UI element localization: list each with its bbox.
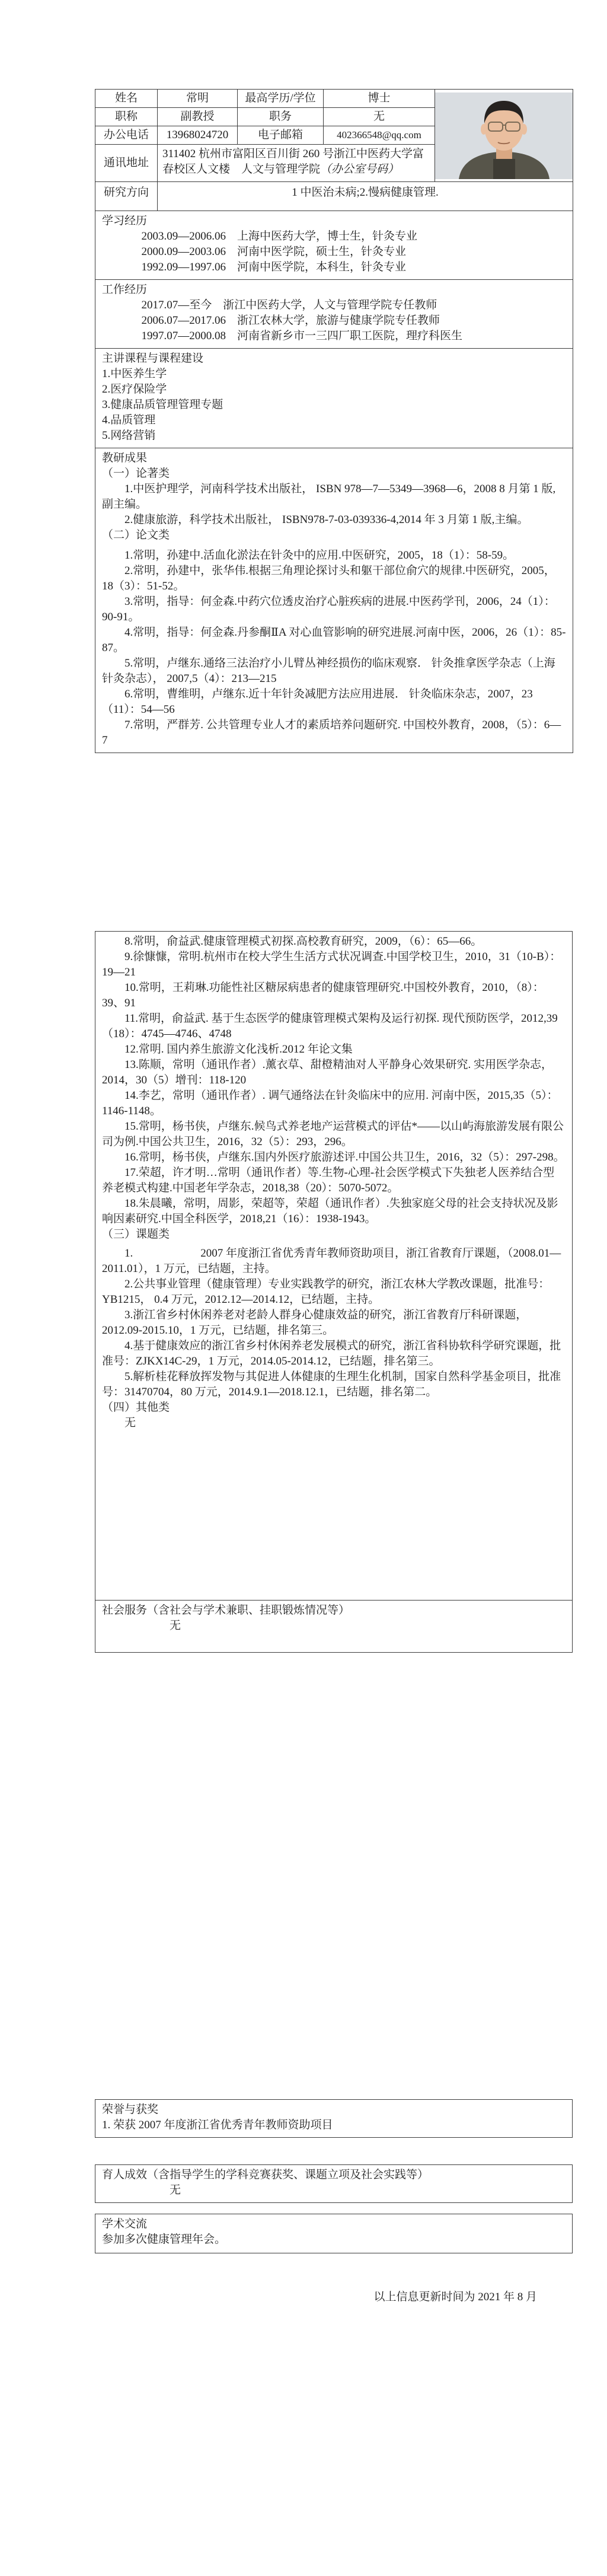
phone-value: 13968024720 bbox=[158, 126, 238, 145]
profile-row-name: 姓名 常明 最高学历/学位 博士 bbox=[95, 90, 573, 108]
position-value: 无 bbox=[324, 108, 435, 126]
section-courses: 主讲课程与课程建设 1.中医养生学 2.医疗保险学 3.健康品质管理管理专题 4… bbox=[95, 349, 573, 448]
photo-cell bbox=[435, 90, 573, 182]
topic-item: 2.公共事业管理（健康管理）专业实践教学的研究，浙江农林大学教改课题，批准号：Y… bbox=[102, 1277, 566, 1308]
education-item: 2003.09—2006.06 上海中医药大学，博士生，针灸专业 bbox=[102, 229, 566, 244]
cv-main-table-page2: 8.常明，俞益武.健康管理模式初探.高校教育研究，2009，（6）：65—66。… bbox=[95, 931, 573, 1653]
cv-main-table-page1: 姓名 常明 最高学历/学位 博士 bbox=[95, 89, 573, 753]
work-item: 2006.07—2017.06 浙江农林大学，旅游与健康学院专任教师 bbox=[102, 313, 566, 329]
honors-title: 荣誉与获奖 bbox=[102, 2102, 566, 2118]
service-content: 社会服务（含社会与学术兼职、挂职锻炼情况等） 无 bbox=[102, 1603, 566, 1648]
address-note: （办公室号码） bbox=[320, 163, 399, 176]
exchange-item: 参加多次健康管理年会。 bbox=[102, 2232, 566, 2247]
section-achievements-row: 教研成果 （一）论著类 1.中医护理学，河南科学技术出版社， ISBN 978—… bbox=[95, 448, 573, 753]
email-label: 电子邮箱 bbox=[238, 126, 324, 145]
section-honors: 荣誉与获奖 1. 荣获 2007 年度浙江省优秀青年教师资助项目 bbox=[95, 2100, 573, 2138]
honors-box: 荣誉与获奖 1. 荣获 2007 年度浙江省优秀青年教师资助项目 bbox=[95, 2099, 573, 2138]
book-item: 1.中医护理学，河南科学技术出版社， ISBN 978—7—5349—3968—… bbox=[102, 482, 566, 512]
topic-item: 4.基于健康效应的浙江省乡村休闲养老发展模式的研究，浙江省科协软科学研究课题，批… bbox=[102, 1338, 566, 1369]
paper-item: 17.荣超，许才明…常明（通讯作者）等.生物-心理-社会医学模式下失独老人医养结… bbox=[102, 1165, 566, 1196]
section-courses-row: 主讲课程与课程建设 1.中医养生学 2.医疗保险学 3.健康品质管理管理专题 4… bbox=[95, 349, 573, 448]
exchange-box: 学术交流 参加多次健康管理年会。 bbox=[95, 2214, 573, 2253]
research-value: 1 中医治未病;2.慢病健康管理. bbox=[158, 182, 573, 211]
nurture-content: 育人成效（含指导学生的学科竞赛获奖、课题立项及社会实践等） 无 bbox=[102, 2167, 566, 2198]
achievements-title: 教研成果 bbox=[102, 451, 566, 466]
course-item: 1.中医养生学 bbox=[102, 366, 566, 382]
education-item: 2000.09—2003.06 河南中医学院，硕士生，针灸专业 bbox=[102, 244, 566, 260]
honors-item: 1. 荣获 2007 年度浙江省优秀青年教师资助项目 bbox=[102, 2118, 566, 2133]
position-label: 职务 bbox=[238, 108, 324, 126]
address-value: 311402 杭州市富阳区百川街 260 号浙江中医药大学富春校区人文楼 人文与… bbox=[158, 145, 435, 182]
section-nurture: 育人成效（含指导学生的学科竞赛获奖、课题立项及社会实践等） 无 bbox=[95, 2165, 573, 2203]
service-title: 社会服务（含社会与学术兼职、挂职锻炼情况等） bbox=[102, 1603, 566, 1618]
paper-item: 3.常明，指导：何金森.中药穴位透皮治疗心脏疾病的进展.中医药学刊，2006，2… bbox=[102, 594, 566, 625]
profile-photo bbox=[435, 93, 573, 179]
title-value: 副教授 bbox=[158, 108, 238, 126]
cv-document-page: 姓名 常明 最高学历/学位 博士 bbox=[0, 0, 607, 2576]
paper-item: 16.常明，杨书侠，卢继东.国内外医疗旅游述评.中国公共卫生，2016，32（5… bbox=[102, 1150, 566, 1165]
section-work-row: 工作经历 2017.07—至今 浙江中医药大学，人文与管理学院专任教师 2006… bbox=[95, 280, 573, 349]
book-item: 2.健康旅游，科学技术出版社， ISBN978-7-03-039336-4,20… bbox=[102, 512, 566, 528]
nurture-none: 无 bbox=[102, 2183, 566, 2198]
course-item: 2.医疗保险学 bbox=[102, 382, 566, 397]
photo-ear-right bbox=[521, 124, 527, 135]
education-title: 学习经历 bbox=[102, 213, 566, 229]
name-label: 姓名 bbox=[95, 90, 158, 108]
paper-item: 15.常明，杨书侠，卢继东.候鸟式养老地产运营模式的评估*——以山屿海旅游发展有… bbox=[102, 1119, 566, 1150]
work-title: 工作经历 bbox=[102, 282, 566, 298]
courses-title: 主讲课程与课程建设 bbox=[102, 351, 566, 366]
achievements-continued-content: 8.常明，俞益武.健康管理模式初探.高校教育研究，2009，（6）：65—66。… bbox=[102, 934, 566, 1596]
topic-item: 3.浙江省乡村休闲养老对老龄人群身心健康效益的研究，浙江省教育厅科研课题，201… bbox=[102, 1308, 566, 1338]
paper-item: 4.常明，指导：何金森.丹参酮ⅡA 对心血管影响的研究进展.河南中医，2006，… bbox=[102, 625, 566, 656]
paper-item: 1.常明，孙建中.活血化淤法在针灸中的应用.中医研究，2005，18（1）：58… bbox=[102, 548, 566, 563]
section-service-row: 社会服务（含社会与学术兼职、挂职锻炼情况等） 无 bbox=[95, 1601, 573, 1653]
service-none: 无 bbox=[102, 1618, 566, 1634]
paper-item: 11.常明，俞益武. 基于生态医学的健康管理模式架构及运行初探. 现代预防医学，… bbox=[102, 1011, 566, 1042]
research-label: 研究方向 bbox=[95, 182, 158, 211]
other-none: 无 bbox=[102, 1415, 566, 1431]
phone-label: 办公电话 bbox=[95, 126, 158, 145]
nurture-table: 育人成效（含指导学生的学科竞赛获奖、课题立项及社会实践等） 无 bbox=[95, 2164, 573, 2203]
books-header: （一）论著类 bbox=[102, 466, 566, 482]
course-item: 5.网络营销 bbox=[102, 428, 566, 444]
work-item: 1997.07—2000.08 河南省新乡市一三四厂职工医院，理疗科医生 bbox=[102, 329, 566, 344]
topic-item: 1. 2007 年度浙江省优秀青年教师资助项目，浙江省教育厅课题，（2008.0… bbox=[102, 1246, 566, 1277]
profile-table: 姓名 常明 最高学历/学位 博士 bbox=[95, 89, 573, 753]
paper-item: 13.陈顺，常明（通讯作者）.薰衣草、甜橙精油对人平静身心效果研究. 实用医学杂… bbox=[102, 1057, 566, 1088]
paper-item: 5.常明，卢继东.通络三法治疗小儿臂丛神经损伤的临床观察． 针灸推拿医学杂志（上… bbox=[102, 656, 566, 687]
photo-ear-left bbox=[481, 124, 487, 135]
nurture-title: 育人成效（含指导学生的学科竞赛获奖、课题立项及社会实践等） bbox=[102, 2167, 566, 2183]
exchange-table: 学术交流 参加多次健康管理年会。 bbox=[95, 2214, 573, 2253]
paper-item: 18.朱晨曦，常明，周影，荣超等，荣超（通讯作者）.失独家庭父母的社会支持状况及… bbox=[102, 1196, 566, 1227]
photo-collar bbox=[493, 159, 515, 179]
section-achievements-continued: 8.常明，俞益武.健康管理模式初探.高校教育研究，2009，（6）：65—66。… bbox=[95, 932, 573, 1601]
course-item: 3.健康品质管理管理专题 bbox=[102, 397, 566, 413]
papers-header: （二）论文类 bbox=[102, 528, 566, 543]
exchange-title: 学术交流 bbox=[102, 2217, 566, 2232]
section-education-row: 学习经历 2003.09—2006.06 上海中医药大学，博士生，针灸专业 20… bbox=[95, 211, 573, 280]
paper-item: 2.常明，孙建中，张华伟.根据三角理论探讨头和躯干部位俞穴的规律.中医研究，20… bbox=[102, 563, 566, 594]
paper-item: 9.徐慷慷，常明.杭州市在校大学生生活方式状况调查.中国学校卫生，2010，31… bbox=[102, 949, 566, 980]
paper-item: 14.李艺，常明（通讯作者）. 调气通络法在针灸临床中的应用. 河南中医，201… bbox=[102, 1088, 566, 1119]
paper-item: 10.常明，王莉琳.功能性社区糖尿病患者的健康管理研究.中国校外教育，2010，… bbox=[102, 980, 566, 1011]
section-achievements: 教研成果 （一）论著类 1.中医护理学，河南科学技术出版社， ISBN 978—… bbox=[95, 448, 573, 753]
exchange-content: 学术交流 参加多次健康管理年会。 bbox=[102, 2217, 566, 2249]
title-label: 职称 bbox=[95, 108, 158, 126]
paper-item: 6.常明，曹维明，卢继东.近十年针灸减肥方法应用进展． 针灸临床杂志，2007，… bbox=[102, 687, 566, 718]
topic-item: 5.解析桂花释放挥发物与其促进人体健康的生理生化机制，国家自然科学基金项目，批准… bbox=[102, 1369, 566, 1400]
paper-item: 8.常明，俞益武.健康管理模式初探.高校教育研究，2009，（6）：65—66。 bbox=[102, 934, 566, 949]
honors-content: 荣誉与获奖 1. 荣获 2007 年度浙江省优秀青年教师资助项目 bbox=[102, 2102, 566, 2133]
section-education: 学习经历 2003.09—2006.06 上海中医药大学，博士生，针灸专业 20… bbox=[95, 211, 573, 280]
degree-value: 博士 bbox=[324, 90, 435, 108]
course-item: 4.品质管理 bbox=[102, 413, 566, 428]
education-item: 1992.09—1997.06 河南中医学院，本科生，针灸专业 bbox=[102, 260, 566, 275]
address-label: 通讯地址 bbox=[95, 145, 158, 182]
email-value: 402366548@qq.com bbox=[324, 126, 435, 145]
achievements-continued-table: 8.常明，俞益武.健康管理模式初探.高校教育研究，2009，（6）：65—66。… bbox=[95, 931, 573, 1653]
section-exchange: 学术交流 参加多次健康管理年会。 bbox=[95, 2214, 573, 2253]
honors-table: 荣誉与获奖 1. 荣获 2007 年度浙江省优秀青年教师资助项目 bbox=[95, 2099, 573, 2138]
other-header: （四）其他类 bbox=[102, 1400, 566, 1415]
section-work: 工作经历 2017.07—至今 浙江中医药大学，人文与管理学院专任教师 2006… bbox=[95, 280, 573, 349]
section-achievements-continued-row: 8.常明，俞益武.健康管理模式初探.高校教育研究，2009，（6）：65—66。… bbox=[95, 932, 573, 1601]
update-time-note: 以上信息更新时间为 2021 年 8 月 bbox=[95, 2290, 573, 2304]
topics-header: （三）课题类 bbox=[102, 1227, 566, 1242]
section-service: 社会服务（含社会与学术兼职、挂职锻炼情况等） 无 bbox=[95, 1601, 573, 1653]
profile-row-research: 研究方向 1 中医治未病;2.慢病健康管理. bbox=[95, 182, 573, 211]
paper-item: 12.常明. 国内养生旅游文化浅析.2012 年论文集 bbox=[102, 1042, 566, 1057]
paper-item: 7.常明，严群芳. 公共管理专业人才的素质培养问题研究. 中国校外教育，2008… bbox=[102, 718, 566, 748]
degree-label: 最高学历/学位 bbox=[238, 90, 324, 108]
work-item: 2017.07—至今 浙江中医药大学，人文与管理学院专任教师 bbox=[102, 298, 566, 313]
name-value: 常明 bbox=[158, 90, 238, 108]
nurture-box: 育人成效（含指导学生的学科竞赛获奖、课题立项及社会实践等） 无 bbox=[95, 2164, 573, 2203]
